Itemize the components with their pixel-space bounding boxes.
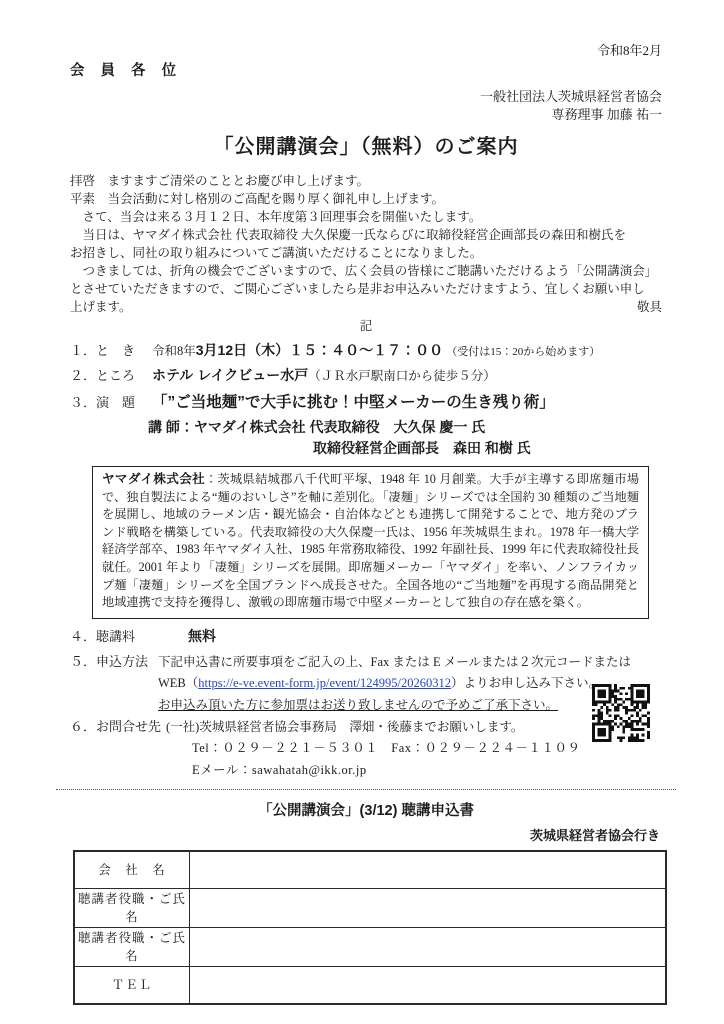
issue-date: 令和8年2月 — [70, 42, 662, 60]
table-row: 聴講者役職・ご氏名 — [74, 888, 666, 927]
contact-email: Eメール：sawahatah@ikk.or.jp — [192, 761, 581, 779]
item-label: １．と き — [70, 342, 152, 360]
company-name: ヤマダイ株式会社 — [102, 472, 205, 486]
apply-line-2-suffix: ）よりお申し込み下さい。 — [451, 676, 601, 690]
page-title: 「公開講演会」（無料）のご案内 — [70, 138, 662, 156]
item-topic: ３．演 題 「”ご当地麺”で大手に挑む！中堅メーカーの生き残り術」 — [70, 394, 662, 412]
item-place: ２．ところ ホテル レイクビュー水戸（ＪＲ水戸駅南口から徒歩５分） — [70, 366, 662, 385]
lecture-title: 「”ご当地麺”で大手に挑む！中堅メーカーの生き残り術」 — [152, 394, 555, 412]
apply-line-1: 下記申込書に所要事項をご記入の上、Fax または E メールまたは２次元コードま… — [158, 653, 631, 671]
cut-separator-line — [56, 789, 676, 790]
company-name-label: 会 社 名 — [74, 851, 190, 889]
greeting-line: つきましては、折角の機会でございますので、広く会員の皆様にご聴講いただけるよう「… — [70, 262, 662, 280]
application-url-link[interactable]: https://e-ve.event-form.jp/event/124995/… — [198, 676, 451, 690]
item-label: ６．お問合せ先 — [70, 718, 166, 736]
apply-line-2-prefix: WEB（ — [158, 676, 198, 690]
item-datetime: １．と き 令和8年3月12日（木）１５：４０～１７：００ （受付は15：20か… — [70, 341, 662, 361]
table-row: 聴講者役職・ご氏名 — [74, 927, 666, 966]
contact-office: (一社)茨城県経営者協会事務局 澤畑・後藤までお願いします。 — [166, 718, 581, 736]
fee-value: 無料 — [188, 627, 216, 645]
sender-block: 一般社団法人茨城県経営者協会 専務理事 加藤 祐一 — [70, 88, 662, 124]
company-profile-box: ヤマダイ株式会社：茨城県結城郡八千代町平塚、1948 年 10 月創業。大手が主… — [92, 466, 649, 619]
venue-note: （ＪＲ水戸駅南口から徒歩５分） — [308, 369, 496, 383]
application-form-table: 会 社 名 聴講者役職・ご氏名 聴講者役職・ご氏名 ＴＥＬ — [73, 850, 667, 1005]
lecturer-line-2: 取締役経営企画部長 森田 和樹 氏 — [313, 439, 662, 457]
record-mark: 記 — [70, 317, 662, 335]
item-contact: ６．お問合せ先 (一社)茨城県経営者協会事務局 澤畑・後藤までお願いします。 T… — [70, 718, 662, 779]
item-label: ５．申込方法 — [70, 653, 158, 671]
greeting-body: 拝啓 ますますご清栄のこととお慶び申し上げます。 平素 当会活動に対し格別のご高… — [70, 172, 662, 335]
tel-label: ＴＥＬ — [74, 966, 190, 1004]
tel-field — [190, 966, 667, 1004]
sender-person: 専務理事 加藤 祐一 — [70, 106, 662, 124]
attendee-1-label: 聴講者役職・ご氏名 — [74, 888, 190, 927]
attendee-1-field — [190, 888, 667, 927]
item-fee: ４．聴講料 無料 — [70, 627, 662, 646]
greeting-line: とさせていただきますので、ご関心ございましたら是非お申込みいただけますよう、宜し… — [70, 280, 662, 298]
form-addressee: 茨城県経営者協会行き — [70, 827, 662, 845]
no-ticket-note: お申込み頂いた方に参加票はお送り致しませんので予めご了承下さい。 — [158, 696, 631, 714]
apply-line-2: WEB（https://e-ve.event-form.jp/event/124… — [158, 674, 631, 692]
contact-tel-fax: Tel：０２９－２２１－５３０１ Fax：０２９－２２４－１１０９ — [192, 739, 581, 757]
greeting-line: お招きし、同社の取り組みについてご講演いただけることになりました。 — [70, 244, 662, 262]
item-apply-method: ５．申込方法 下記申込書に所要事項をご記入の上、Fax または E メールまたは… — [70, 653, 662, 714]
item-label: ４．聴講料 — [70, 628, 152, 646]
item-label: ３．演 題 — [70, 394, 152, 412]
item-label: ２．ところ — [70, 367, 152, 385]
event-details: １．と き 令和8年3月12日（木）１５：４０～１７：００ （受付は15：20か… — [70, 341, 662, 779]
venue-name: ホテル レイクビュー水戸 — [152, 367, 308, 383]
greeting-line: 当日は、ヤマダイ株式会社 代表取締役 大久保慶一氏ならびに取締役経営企画部長の森… — [70, 226, 662, 244]
qr-code — [592, 684, 650, 742]
closing-line: 上げます。 敬具 — [70, 298, 662, 316]
attendee-2-field — [190, 927, 667, 966]
document-page: 令和8年2月 会 員 各 位 一般社団法人茨城県経営者協会 専務理事 加藤 祐一… — [0, 0, 724, 1024]
recipient: 会 員 各 位 — [70, 62, 662, 80]
greeting-line: 拝啓 ますますご清栄のこととお慶び申し上げます。 — [70, 172, 662, 190]
attendee-2-label: 聴講者役職・ご氏名 — [74, 927, 190, 966]
event-datetime: 3月12日（木）１５：４０～１７：００ — [196, 342, 443, 358]
greeting-line: 平素 当会活動に対し格別のご高配を賜り厚く御礼申し上げます。 — [70, 190, 662, 208]
company-description: ：茨城県結城郡八千代町平塚、1948 年 10 月創業。大手が主導する即席麺市場… — [102, 472, 639, 609]
event-era: 令和8年 — [152, 344, 196, 358]
application-form-title: 「公開講演会」(3/12) 聴講申込書 — [70, 802, 662, 820]
company-name-field — [190, 851, 667, 889]
lecturer-line-1: 講 師：ヤマダイ株式会社 代表取締役 大久保 慶一 氏 — [148, 418, 662, 436]
greeting-line: 上げます。 — [70, 298, 132, 316]
closing-word: 敬具 — [637, 298, 662, 316]
reception-note: （受付は15：20から始めます） — [446, 346, 600, 358]
table-row: ＴＥＬ — [74, 966, 666, 1004]
sender-organization: 一般社団法人茨城県経営者協会 — [70, 88, 662, 106]
greeting-line: さて、当会は来る３月１２日、本年度第３回理事会を開催いたします。 — [70, 208, 662, 226]
table-row: 会 社 名 — [74, 851, 666, 889]
